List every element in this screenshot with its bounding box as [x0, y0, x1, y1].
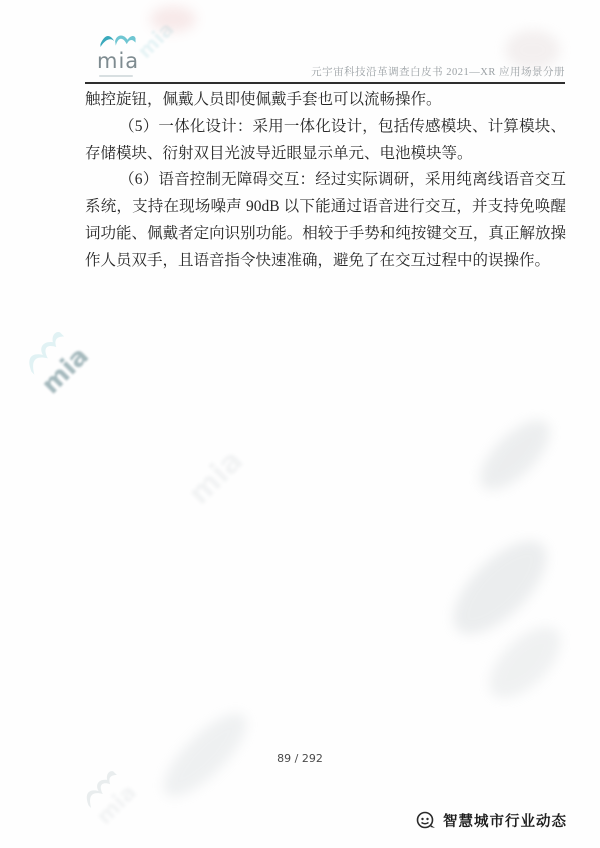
watermark-mia-logo: mia: [74, 761, 143, 830]
paragraph: （6）语音控制无障碍交互：经过实际调研，采用纯离线语音交互系统，支持在现场噪声 …: [85, 167, 566, 274]
watermark-smudge: [469, 409, 561, 501]
watermark-smudge: [477, 615, 572, 710]
watermark-mia-logo: mia: [15, 320, 95, 400]
wave-m-icon: [15, 321, 73, 379]
paragraph: （5）一体化设计：采用一体化设计，包括传感模块、计算模块、存储模块、衍射双目光波…: [85, 114, 566, 168]
watermark-smudge: [438, 526, 562, 650]
page-number: 89 / 292: [0, 752, 600, 765]
brand-label: 智慧城市行业动态: [443, 810, 567, 831]
paragraph: 触控旋钮，佩戴人员即使佩戴手套也可以流畅操作。: [85, 87, 566, 114]
city-brand-icon: [415, 811, 436, 830]
wave-m-icon: [74, 761, 125, 812]
watermark-mia: mia: [182, 443, 250, 511]
brand-bar: 智慧城市行业动态: [415, 810, 567, 831]
header-divider: [85, 82, 565, 84]
document-page: mia mia mia mia mia 元宇宙科技沿革调查白皮书 2021—XR…: [0, 0, 600, 848]
logo-wordmark: mia: [97, 50, 157, 72]
mia-logo: mia: [97, 28, 157, 77]
wave-m-icon: [99, 28, 137, 50]
logo-subtext-smudge: [99, 75, 133, 77]
document-header-title: 元宇宙科技沿革调查白皮书 2021—XR 应用场景分册: [311, 64, 565, 79]
watermark-mia: mia: [36, 341, 95, 400]
watermark-mia: mia: [92, 780, 142, 830]
document-body: 触控旋钮，佩戴人员即使佩戴手套也可以流畅操作。 （5）一体化设计：采用一体化设计…: [85, 87, 566, 275]
